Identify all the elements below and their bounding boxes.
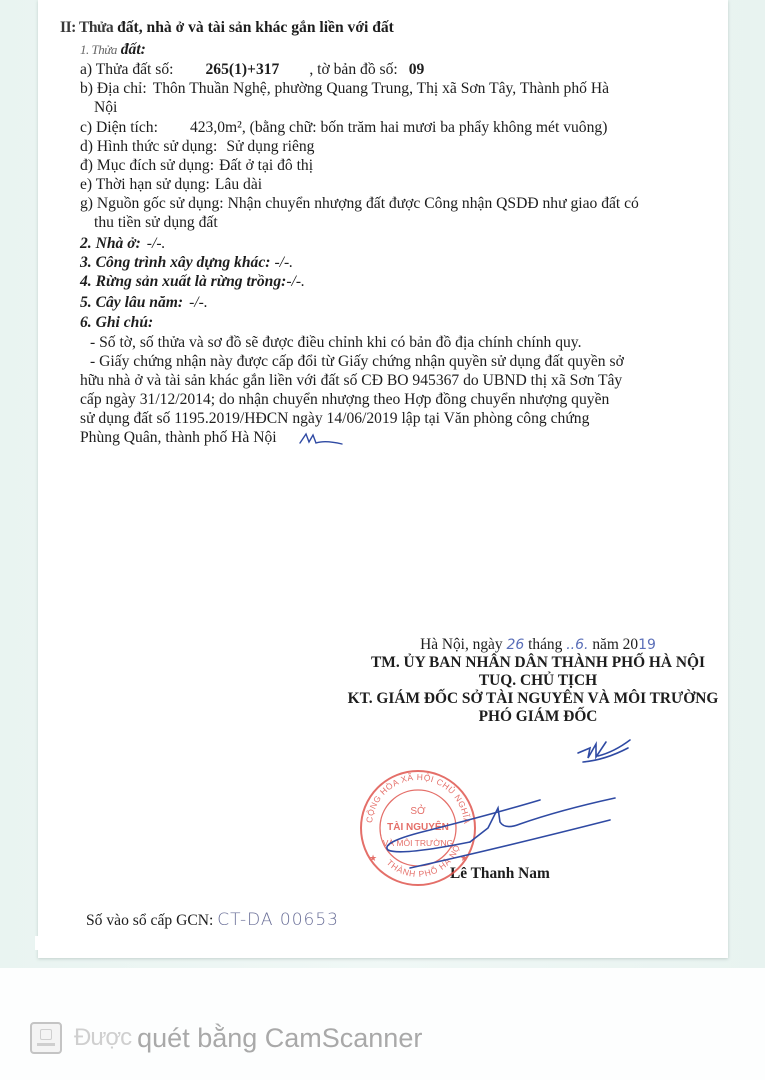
land-item-usage-form: d) Hình thức sử dụng:Sử dụng riêng <box>80 137 314 156</box>
date-year-handwritten: 19 <box>638 637 656 653</box>
area-value: 423,0m², (bằng chữ: bốn trăm hai mươi ba… <box>190 119 607 136</box>
note-line: hữu nhà ở và tài sản khác gắn liền với đ… <box>80 371 622 390</box>
parcel-number: 265(1)+317 <box>205 61 279 78</box>
section-heading-text: đất, nhà ở và tài sản khác gắn liền với … <box>113 19 394 36</box>
house-heading: 2. Nhà ở: <box>80 235 141 252</box>
purpose-label: đ) Mục đích sử dụng: <box>80 157 214 174</box>
registry-line: Số vào sổ cấp GCN: CT-DA 00653 <box>86 911 339 930</box>
section-heading: II: Thửa đất, nhà ở và tài sản khác gắn … <box>60 18 394 37</box>
land-item-origin: g) Nguồn gốc sử dụng:Nhận chuyển nhượng … <box>80 194 639 213</box>
section-heading-garbled: II: Thửa <box>60 19 113 36</box>
date-prefix: Hà Nội, ngày <box>420 636 503 653</box>
issue-date: Hà Nội, ngày 26 tháng ..6. năm 2019 <box>328 636 748 654</box>
section-house: 2. Nhà ở:-/-. <box>80 234 165 253</box>
origin-label: g) Nguồn gốc sử dụng: <box>80 195 224 212</box>
signature-line-2: TUQ. CHỦ TỊCH <box>328 672 748 690</box>
origin-value: Nhận chuyển nhượng đất được Công nhận QS… <box>228 195 639 212</box>
other-constructions-heading: 3. Công trình xây dựng khác: <box>80 254 270 271</box>
usage-form-label: d) Hình thức sử dụng: <box>80 138 217 155</box>
duration-value: Lâu dài <box>215 176 262 193</box>
registry-label: Số vào sổ cấp GCN: <box>86 912 213 929</box>
date-month: ..6. <box>566 637 588 653</box>
watermark-garbled: Được <box>74 1024 131 1052</box>
note-line: sử dụng đất số 1195.2019/HĐCN ngày 14/06… <box>80 409 589 428</box>
section-other-constructions: 3. Công trình xây dựng khác:-/-. <box>80 253 293 272</box>
signature-block: Hà Nội, ngày 26 tháng ..6. năm 2019 TM. … <box>328 636 748 726</box>
land-heading-text: đất: <box>121 41 146 58</box>
other-constructions-value: -/-. <box>274 254 293 271</box>
parcel-label: a) Thửa đất số: <box>80 61 173 78</box>
duration-label: e) Thời hạn sử dụng: <box>80 176 210 193</box>
perennial-trees-value: -/-. <box>189 294 208 311</box>
production-forest-value: -/-. <box>286 273 305 290</box>
registry-number: CT-DA 00653 <box>217 910 339 930</box>
land-item-parcel: a) Thửa đất số:265(1)+317, tờ bản đồ số:… <box>80 60 424 79</box>
perennial-trees-heading: 5. Cây lâu năm: <box>80 294 183 311</box>
document-page: II: Thửa đất, nhà ở và tài sản khác gắn … <box>38 0 728 958</box>
purpose-value: Đất ở tại đô thị <box>219 157 313 174</box>
camscanner-icon <box>30 1022 62 1054</box>
origin-continuation: thu tiền sử dụng đất <box>94 213 218 232</box>
address-label: b) Địa chỉ: <box>80 80 147 97</box>
area-label: c) Diện tích: <box>80 119 158 136</box>
note-line: cấp ngày 31/12/2014; do nhận chuyển nhượ… <box>80 390 609 409</box>
map-sheet-number: 09 <box>409 61 425 78</box>
land-heading: 1. Thửa đất: <box>80 40 146 59</box>
land-heading-garbled: 1. Thửa <box>80 42 117 57</box>
signature-line-3: KT. GIÁM ĐỐC SỞ TÀI NGUYÊN VÀ MÔI TRƯỜNG <box>318 690 748 708</box>
land-item-area: c) Diện tích:423,0m², (bằng chữ: bốn tră… <box>80 118 607 137</box>
note-line: - Giấy chứng nhận này được cấp đổi từ Gi… <box>90 352 624 371</box>
signature-line-1: TM. ỦY BAN NHÂN DÂN THÀNH PHỐ HÀ NỘI <box>328 654 748 672</box>
section-perennial-trees: 5. Cây lâu năm:-/-. <box>80 293 208 312</box>
date-year-label: năm 20 <box>592 636 638 653</box>
signer-name: Lê Thanh Nam <box>450 864 550 883</box>
camscanner-watermark: Được quét bằng CamScanner <box>30 1022 422 1054</box>
note-line: Phùng Quân, thành phố Hà Nội <box>80 428 277 447</box>
usage-form-value: Sử dụng riêng <box>226 138 314 155</box>
land-item-duration: e) Thời hạn sử dụng:Lâu dài <box>80 175 262 194</box>
section-production-forest: 4. Rừng sản xuất là rừng trồng:-/-. <box>80 272 305 291</box>
notes-heading: 6. Ghi chú: <box>80 313 153 332</box>
date-month-label: tháng <box>528 636 562 653</box>
house-value: -/-. <box>147 235 166 252</box>
signature-line-4: PHÓ GIÁM ĐỐC <box>328 708 748 726</box>
address-continuation: Nội <box>94 98 117 117</box>
land-item-address: b) Địa chỉ:Thôn Thuần Nghệ, phường Quang… <box>80 79 609 98</box>
note-line: - Số tờ, số thửa và sơ đồ sẽ được điều c… <box>90 333 581 352</box>
document-content: II: Thửa đất, nhà ở và tài sản khác gắn … <box>38 0 728 958</box>
watermark-text: quét bằng CamScanner <box>137 1023 422 1054</box>
map-sheet-label: , tờ bản đồ số: <box>309 61 397 78</box>
date-day: 26 <box>506 637 524 653</box>
production-forest-heading: 4. Rừng sản xuất là rừng trồng: <box>80 273 286 290</box>
land-item-purpose: đ) Mục đích sử dụng:Đất ở tại đô thị <box>80 156 313 175</box>
address-value: Thôn Thuần Nghệ, phường Quang Trung, Thị… <box>153 80 609 97</box>
